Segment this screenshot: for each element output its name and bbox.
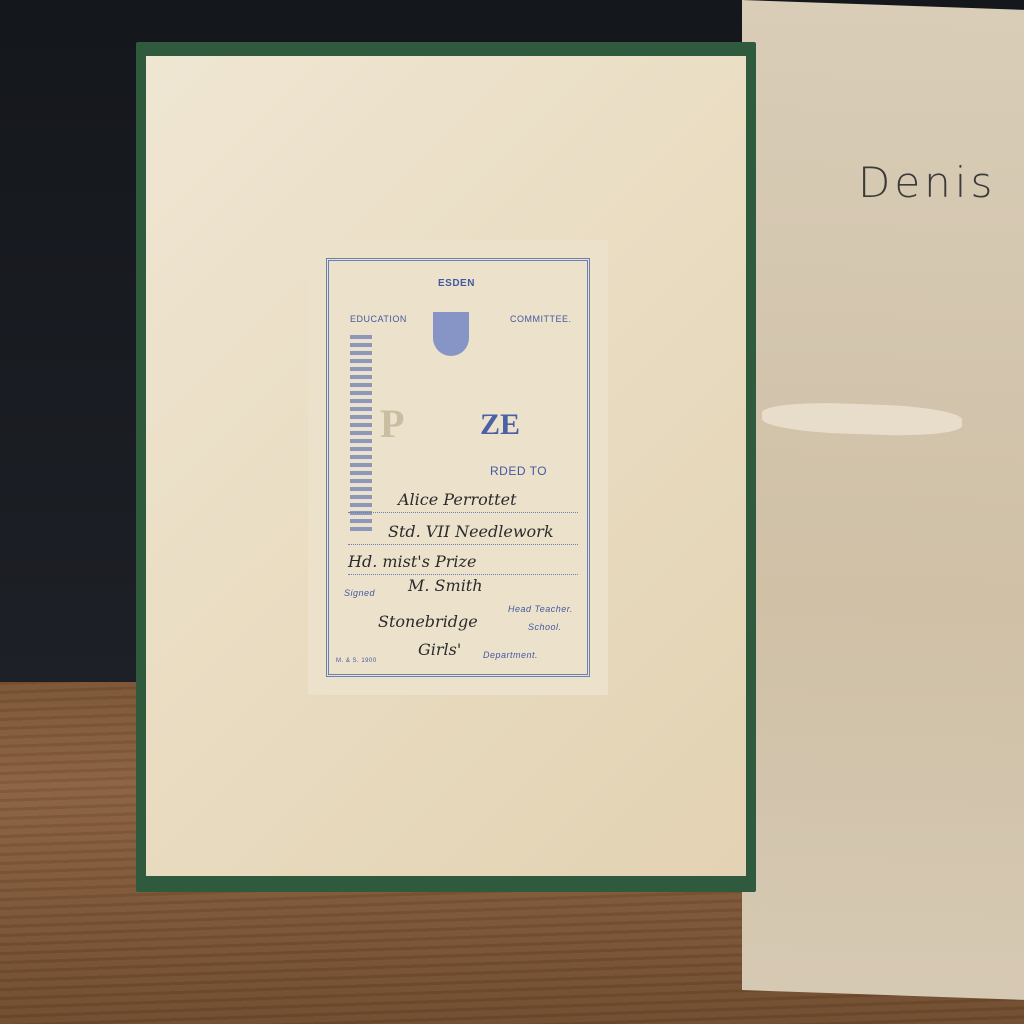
dotted-line xyxy=(348,544,578,545)
signature: M. Smith xyxy=(408,576,483,595)
title-initial: P xyxy=(380,400,404,447)
class-line: Std. VII Needlework xyxy=(388,522,554,541)
head-teacher-label: Head Teacher. xyxy=(508,604,573,614)
signed-label: Signed xyxy=(344,588,375,598)
crest-icon xyxy=(433,312,469,356)
education-heading: EDUCATION xyxy=(350,314,407,324)
committee-heading: COMMITTEE. xyxy=(510,314,572,324)
department-label: Department. xyxy=(483,650,538,660)
ornament-icon xyxy=(350,335,372,535)
department-name: Girls' xyxy=(418,640,461,659)
dotted-line xyxy=(348,574,578,575)
recipient-name: Alice Perrottet xyxy=(398,490,517,509)
paper-tear xyxy=(762,401,962,438)
flyleaf-handwriting: Denis xyxy=(858,158,996,207)
printer-mark: M. & S. 1900 xyxy=(336,658,377,664)
flyleaf-page xyxy=(742,0,1024,1000)
prize-bookplate: ESDEN EDUCATION COMMITTEE. P ZE RDED TO … xyxy=(308,240,608,695)
school-name: Stonebridge xyxy=(378,612,478,631)
bookplate-header: ESDEN xyxy=(438,278,475,289)
awarded-to-label: RDED TO xyxy=(490,464,547,478)
school-label: School. xyxy=(528,622,562,632)
bookplate-title: ZE xyxy=(480,408,520,442)
dotted-line xyxy=(348,512,578,513)
prize-line: Hd. mist's Prize xyxy=(348,552,476,571)
